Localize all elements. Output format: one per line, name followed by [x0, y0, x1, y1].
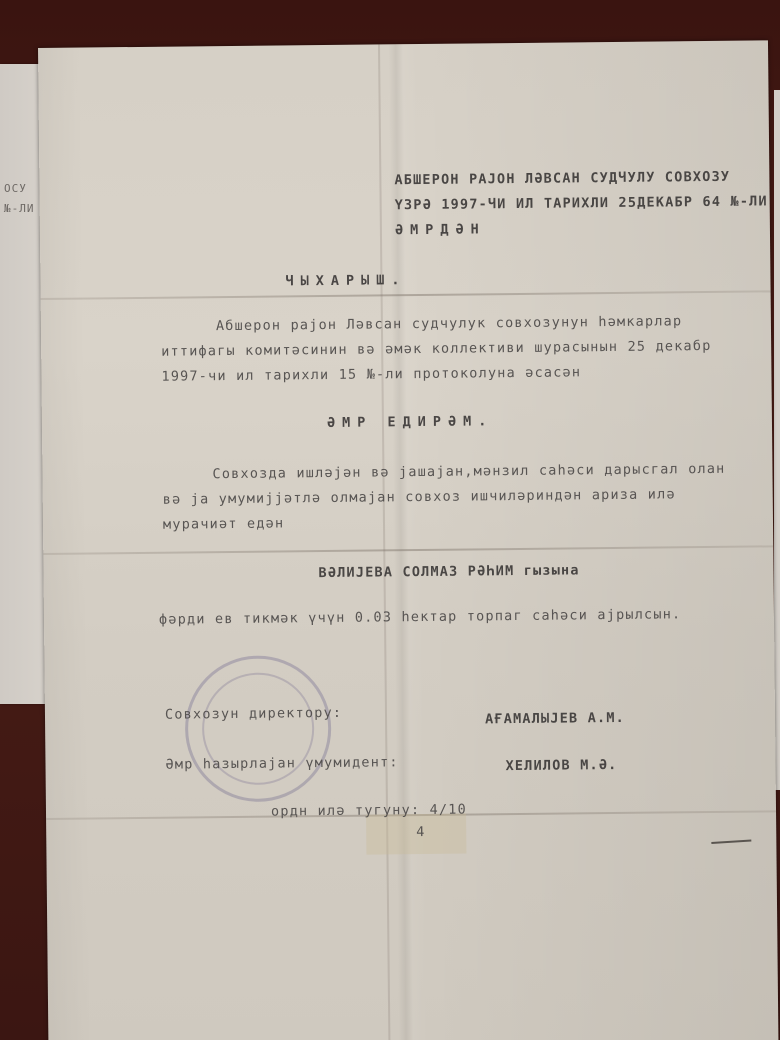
body-line: вә ја умумијјәтлә олмајан совхоз ишчиләр…: [163, 486, 676, 507]
signature-title: Совхозун директору:: [165, 705, 342, 723]
header-line: ӘМРДӘН: [395, 221, 486, 238]
grant-statement: фәрди ев тикмәк үчүн 0.03 һектар торпаг …: [159, 606, 681, 627]
footer-line: ордн илә тугуну: 4/10: [271, 802, 467, 820]
recipient-name: ВӘЛИЈЕВА СОЛМАЗ РӘҺИМ гызына: [318, 562, 579, 581]
header-line: ҮЗРӘ 1997-ЧИ ИЛ ТАРИХЛИ 25ДЕКАБР 64 №-ЛИ: [395, 193, 768, 213]
preamble: Абшерон рајон Ләвсан судчулук совхозунун…: [38, 40, 768, 48]
order-heading: ӘМР ЕДИРӘМ.: [327, 413, 494, 431]
fold-line: [43, 545, 773, 555]
right-edge-sheet: [774, 90, 780, 790]
fold-line: [41, 290, 771, 300]
fold-line-vertical: [378, 44, 390, 1040]
body-line: мурачиәт едән: [163, 515, 284, 532]
document-header: АБШЕРОН РАЈОН ЛӘВСАН СУДЧУЛУ СОВХОЗУ ҮЗР…: [38, 40, 768, 48]
signature-block: Совхозун директору: АҒАМАЛЫЈЕВ А.М. Әмр …: [38, 40, 768, 48]
signature-name: ХЕЛИЛОВ М.Ә.: [505, 757, 617, 774]
preamble-line: иттифагы комитәсинин вә әмәк коллективи …: [161, 338, 711, 360]
section-title: ЧЫХАРЫШ.: [285, 272, 406, 289]
official-seal-stamp: [184, 655, 332, 803]
signature-name: АҒАМАЛЫЈЕВ А.М.: [485, 710, 625, 727]
header-line: АБШЕРОН РАЈОН ЛӘВСАН СУДЧУЛУ СОВХОЗУ: [394, 169, 730, 189]
sheet-fragment: ОСУ: [4, 182, 27, 195]
preamble-line: Абшерон рајон Ләвсан судчулук совхозунун…: [216, 313, 683, 334]
preamble-line: 1997-чи ил тарихли 15 №-ли протоколуна ә…: [161, 364, 581, 384]
pen-mark: [711, 840, 751, 845]
signature-title: Әмр һазырлајан үмумидент:: [165, 754, 398, 772]
document-page: АБШЕРОН РАЈОН ЛӘВСАН СУДЧУЛУ СОВХОЗУ ҮЗР…: [38, 40, 778, 1040]
order-body: Совхозда ишләјән вә јашајан,мәнзил саһәс…: [38, 40, 768, 48]
sheet-fragment: №-ЛИ: [4, 202, 35, 215]
footer-mark: 4: [416, 824, 425, 840]
body-line: Совхозда ишләјән вә јашајан,мәнзил саһәс…: [212, 461, 725, 482]
